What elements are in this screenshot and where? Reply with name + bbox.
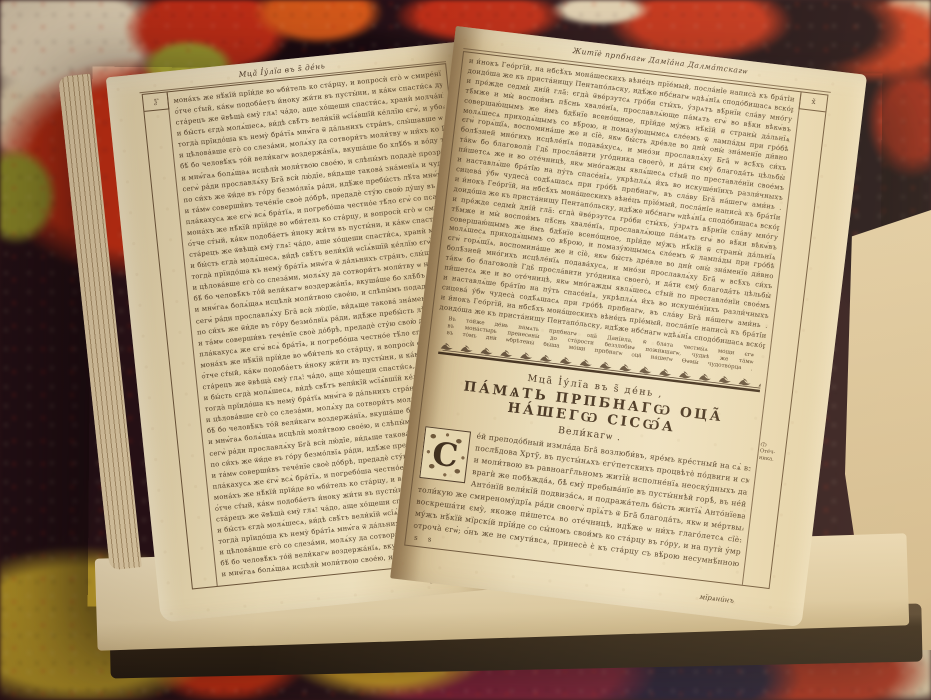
- right-body-text: и и́нокъ Гео́ргїй, на нбсѣ́хъ мона́шески…: [439, 57, 795, 352]
- margin-note: Ѿ Оте́ч- ника.: [759, 442, 783, 464]
- right-text-frame: х̃ и и́нокъ Гео́ргїй, на нбсѣ́хъ мона́ше…: [404, 51, 828, 589]
- right-catchword: мїрѧни́нъ: [699, 593, 734, 605]
- drop-cap-letter: С: [420, 427, 470, 482]
- photo-scene: Мца̃ І̓у́лїа въ ѕ̃ де́нь ѯ̃ мона́хъ же н…: [0, 0, 931, 700]
- right-page-content: и и́нокъ Гео́ргїй, на нбсѣ́хъ мона́шески…: [412, 57, 795, 580]
- right-page: Житїѐ прпбнагѡ Дамїа́на Далма́тскагѡ х̃ …: [390, 26, 867, 627]
- right-folio-number: х̃: [799, 92, 828, 112]
- margin-note-line: ника.: [759, 455, 782, 464]
- woodcut-initial: С: [419, 426, 471, 483]
- left-folio-number: ѯ̃: [143, 92, 170, 111]
- signature-mark: ѕ ѕ: [414, 534, 436, 544]
